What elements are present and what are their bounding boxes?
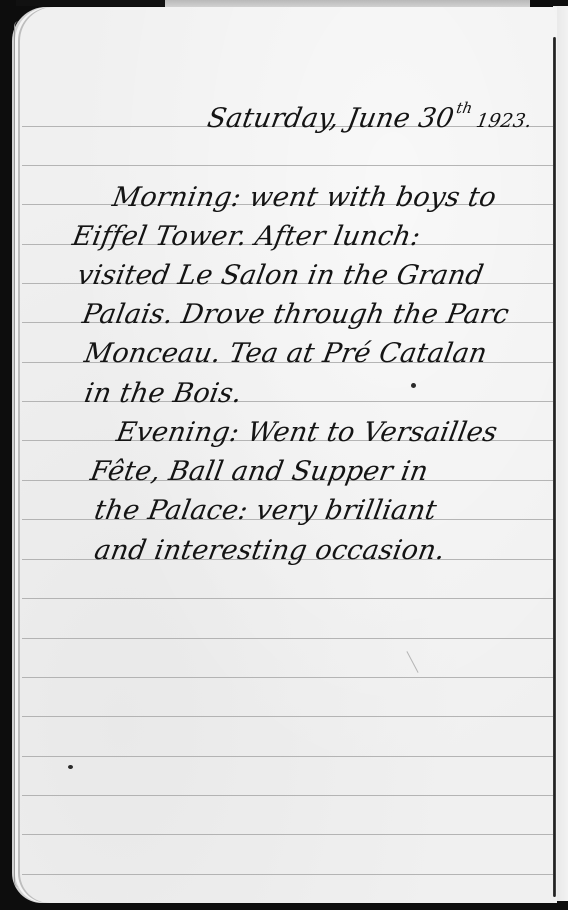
entry-date-suffix: th	[455, 99, 474, 117]
entry-line: Evening: Went to Versailles	[114, 417, 500, 448]
diary-entry: Saturday, June 30th1923. Morning: went w…	[12, 7, 557, 903]
entry-date-year: 1923.	[474, 110, 533, 132]
entry-line: Eiffel Tower. After lunch:	[70, 221, 423, 252]
entry-line: Morning: went with boys to	[110, 182, 499, 213]
scan-background-top	[16, 0, 166, 6]
entry-line: Palais. Drove through the Parc	[80, 299, 511, 330]
entry-line: and interesting occasion.	[92, 535, 447, 566]
ink-speck	[68, 765, 73, 769]
entry-line: Fête, Ball and Supper in	[88, 456, 431, 487]
entry-date: Saturday, June 30th1923.	[205, 103, 535, 134]
entry-line: in the Bois.	[82, 378, 244, 409]
notebook-page: Saturday, June 30th1923. Morning: went w…	[12, 7, 557, 903]
entry-line: Monceau. Tea at Pré Catalan	[82, 338, 489, 369]
ink-speck	[411, 383, 416, 388]
entry-date-text: Saturday, June 30	[205, 103, 456, 134]
scanned-diary-page: Saturday, June 30th1923. Morning: went w…	[0, 0, 568, 910]
entry-line: the Palace: very brilliant	[92, 495, 439, 526]
entry-line: visited Le Salon in the Grand	[75, 260, 486, 291]
